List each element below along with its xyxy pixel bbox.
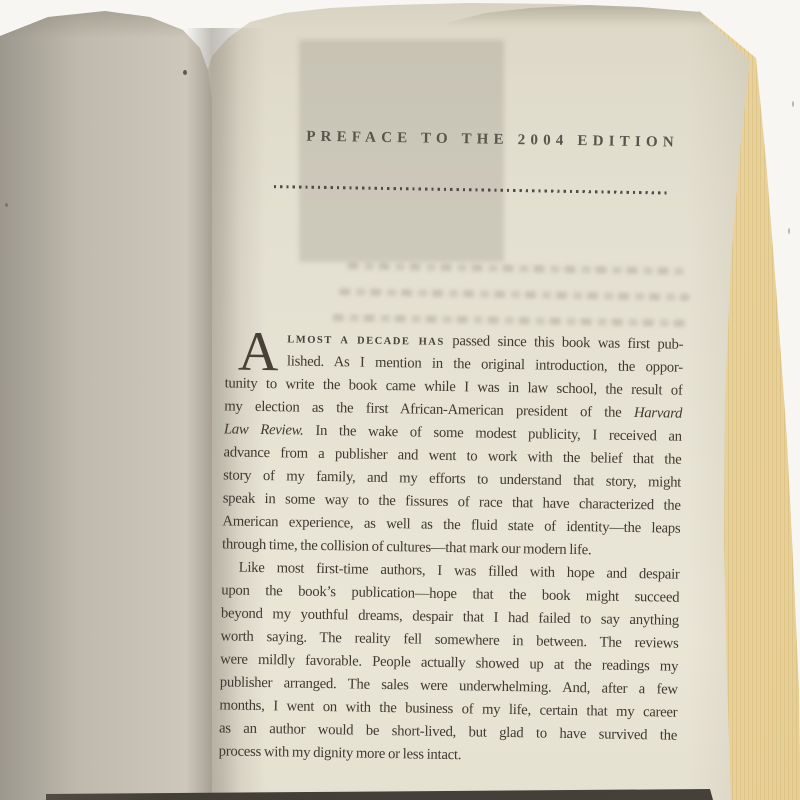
body-text-segment: process with my dignity more or less int… — [219, 743, 462, 763]
body-text-segment: publisher arranged. The sales were under… — [220, 674, 678, 697]
body-text-segment: upon the book’s publication—hope that th… — [221, 582, 679, 605]
body-text-segment: beyond my youthful dreams, despair that … — [221, 605, 679, 628]
photo-of-open-book: PREFACE TO THE 2004 EDITION A LMOST A DE… — [0, 0, 800, 800]
body-text-segment: were mildly favorable. People actually s… — [220, 651, 678, 674]
show-through-text-line — [347, 262, 685, 274]
show-through-text-line — [333, 314, 689, 327]
page-heading: PREFACE TO THE 2004 EDITION — [298, 129, 686, 152]
printed-page-content: PREFACE TO THE 2004 EDITION A LMOST A DE… — [0, 0, 800, 800]
body-text-segment: lished. As I mention in the original int… — [287, 353, 683, 375]
drop-cap-letter: A — [238, 330, 279, 375]
body-text-segment: worth saying. The reality fell somewhere… — [220, 628, 678, 651]
body-text-segment: through time, the collision of cultures—… — [222, 536, 592, 558]
body-text-segment: In the wake of some modest publicity, I … — [303, 423, 682, 445]
body-text-segment: as an author would be short-lived, but g… — [219, 720, 677, 743]
body-text-segment: story of my family, and my efforts to un… — [223, 467, 681, 490]
page-speck — [5, 203, 8, 207]
dotted-rule — [274, 185, 670, 194]
body-text-segment: tunity to write the book came while I wa… — [225, 375, 683, 398]
body-text-segment: passed since this book was first pub- — [445, 333, 684, 353]
smallcaps-text: LMOST A DECADE HAS — [287, 334, 445, 348]
background-speck — [788, 228, 790, 234]
body-text-segment: advance from a publisher and went to wor… — [223, 444, 681, 467]
body-text-segment: months, I went on with the business of m… — [219, 697, 677, 720]
body-text-segment: speak in some way to the fissures of rac… — [223, 490, 681, 513]
italic-text: Harvard — [634, 405, 683, 422]
body-text: A LMOST A DECADE HAS passed since this b… — [219, 326, 684, 770]
body-text-segment: American experience, as well as the flui… — [222, 513, 680, 536]
paragraph-1: LMOST A DECADE HAS passed since this boo… — [222, 326, 684, 563]
body-text-segment: Like most first-time authors, I was fill… — [239, 560, 680, 583]
body-text-segment: my election as the first African-America… — [224, 398, 634, 421]
page-speck — [183, 70, 187, 75]
show-through-text-line — [339, 288, 689, 301]
paragraph-2: Like most first-time authors, I was fill… — [219, 556, 680, 770]
italic-text: Law Review. — [224, 421, 304, 438]
background-speck — [792, 101, 794, 107]
